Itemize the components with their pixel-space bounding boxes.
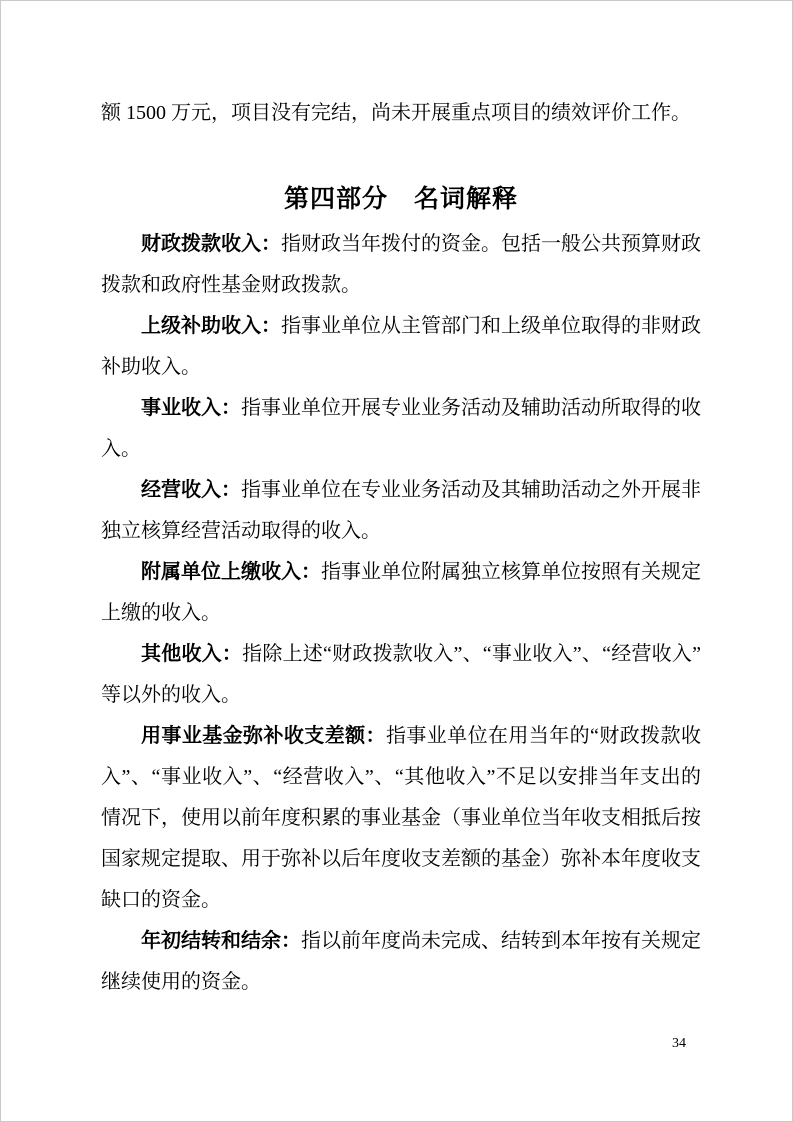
term-label: 附属单位上缴收入： bbox=[141, 561, 321, 583]
document-page: 额 1500 万元，项目没有完结，尚未开展重点项目的绩效评价工作。 第四部分 名… bbox=[0, 0, 793, 1122]
term-label: 经营收入： bbox=[141, 479, 241, 501]
continuation-paragraph: 额 1500 万元，项目没有完结，尚未开展重点项目的绩效评价工作。 bbox=[101, 93, 701, 134]
term-paragraph: 年初结转和结余：指以前年度尚未完成、结转到本年按有关规定继续使用的资金。 bbox=[101, 921, 701, 1003]
term-paragraph: 经营收入：指事业单位在专业业务活动及其辅助活动之外开展非独立核算经营活动取得的收… bbox=[101, 470, 701, 552]
section-heading: 第四部分 名词解释 bbox=[101, 184, 701, 214]
term-label: 事业收入： bbox=[141, 397, 241, 419]
terms-list: 财政拨款收入：指财政当年拨付的资金。包括一般公共预算财政拨款和政府性基金财政拨款… bbox=[101, 224, 701, 1003]
term-paragraph: 上级补助收入：指事业单位从主管部门和上级单位取得的非财政补助收入。 bbox=[101, 306, 701, 388]
term-label: 上级补助收入： bbox=[141, 315, 281, 337]
term-label: 用事业基金弥补收支差额： bbox=[141, 725, 386, 747]
page-number: 34 bbox=[672, 1035, 686, 1053]
term-paragraph: 其他收入：指除上述“财政拨款收入”、“事业收入”、“经营收入”等以外的收入。 bbox=[101, 634, 701, 716]
term-label: 年初结转和结余： bbox=[141, 930, 301, 952]
term-definition: 指事业单位在用当年的“财政拨款收入”、“事业收入”、“经营收入”、“其他收入”不… bbox=[101, 725, 701, 911]
page-content: 额 1500 万元，项目没有完结，尚未开展重点项目的绩效评价工作。 第四部分 名… bbox=[101, 93, 701, 1003]
term-label: 其他收入： bbox=[141, 643, 242, 665]
term-paragraph: 附属单位上缴收入：指事业单位附属独立核算单位按照有关规定上缴的收入。 bbox=[101, 552, 701, 634]
term-paragraph: 财政拨款收入：指财政当年拨付的资金。包括一般公共预算财政拨款和政府性基金财政拨款… bbox=[101, 224, 701, 306]
term-paragraph: 用事业基金弥补收支差额：指事业单位在用当年的“财政拨款收入”、“事业收入”、“经… bbox=[101, 716, 701, 921]
term-paragraph: 事业收入：指事业单位开展专业业务活动及辅助活动所取得的收入。 bbox=[101, 388, 701, 470]
term-label: 财政拨款收入： bbox=[141, 233, 281, 255]
